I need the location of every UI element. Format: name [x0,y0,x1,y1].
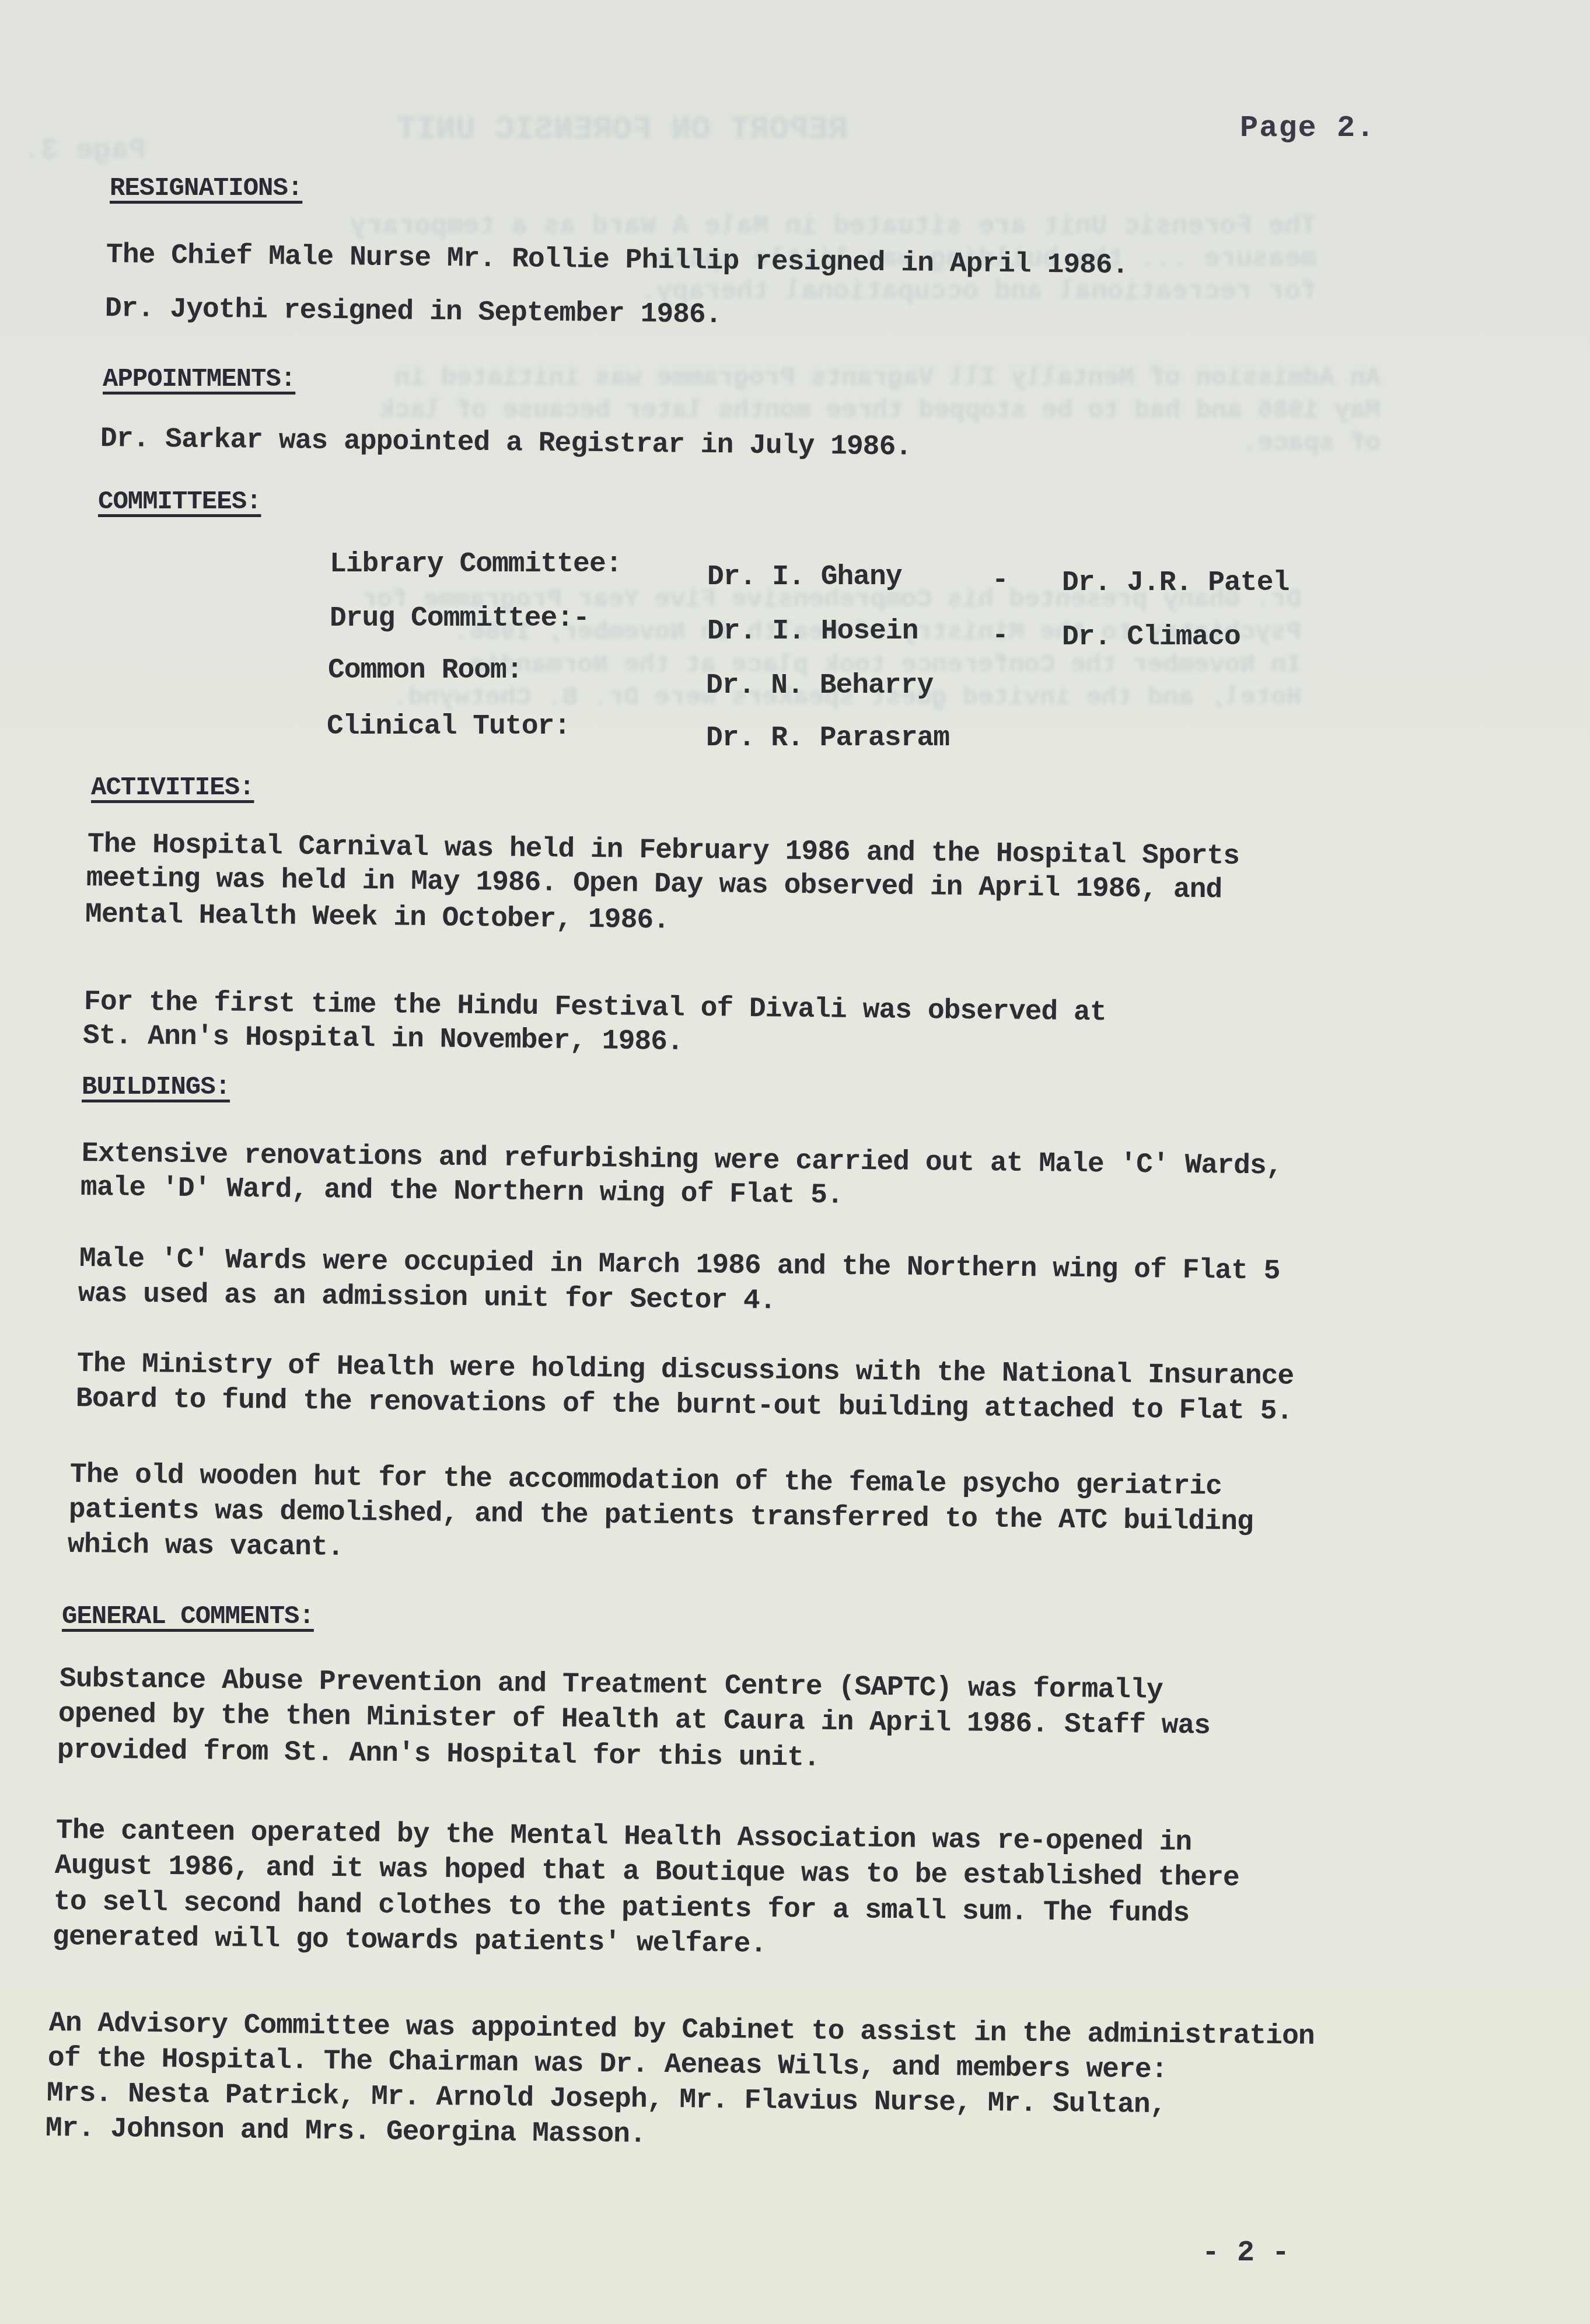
buildings-line: which was vacant. [68,1529,344,1564]
page-label: Page 2. [1240,111,1375,145]
committee-member: Dr. J.R. Patel [1062,567,1289,599]
general-comments-line: Mr. Johnson and Mrs. Georgina Masson. [46,2113,646,2151]
committee-label: Common Room: [328,655,523,686]
section-heading-appointments: APPOINTMENTS: [103,365,295,394]
committee-member: Dr. I. Ghany [707,561,902,593]
committee-member: Dr. Climaco [1062,622,1240,653]
bleed-through-text: Page 3. [23,134,146,168]
committee-separator: - [992,565,1008,596]
committee-member: Dr. R. Parasram [706,723,949,754]
section-heading-committees: COMMITTEES: [98,487,261,517]
footer-page-number: - 2 - [1202,2236,1290,2270]
section-heading-general-comments: GENERAL COMMENTS: [62,1602,314,1631]
committee-label: Drug Committee:- [330,603,589,634]
committee-label: Clinical Tutor: [327,711,570,742]
activities-line: Mental Health Week in October, 1986. [85,899,669,936]
bleed-through-text: REPORT ON FORENSIC UNIT [397,111,848,148]
resignation-line: Dr. Jyothi resigned in September 1986. [105,293,722,331]
committee-label: Library Committee: [330,549,621,580]
section-heading-activities: ACTIVITIES: [91,773,254,802]
committee-member: Dr. N. Beharry [706,670,933,702]
committee-separator: - [992,620,1008,652]
section-heading-buildings: BUILDINGS: [82,1073,230,1102]
committee-member: Dr. I. Hosein [707,616,918,647]
activities-line: St. Ann's Hospital in November, 1986. [83,1020,683,1058]
section-heading-resignations: RESIGNATIONS: [110,174,302,203]
